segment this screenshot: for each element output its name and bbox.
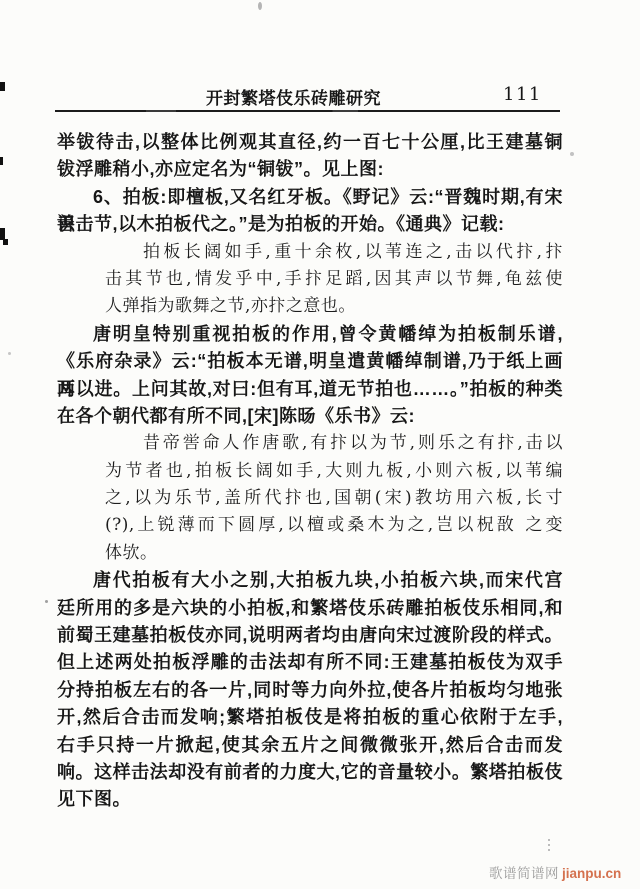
text-line: 分持拍板左右的各一片,同时等力向外拉,使各片拍板均匀地张: [57, 677, 563, 704]
text-line: 见下图。: [57, 786, 563, 813]
body-text: 举钹待击,以整体比例观其直径,约一百七十公厘,比王建墓铜钹浮雕稍小,亦应定名为“…: [57, 129, 563, 814]
text-line: 但上述两处拍板浮雕的击法却有所不同:王建墓拍板伎为双手: [57, 649, 563, 676]
quote-line: 击其节也,情发乎中,手抃足蹈,因其声以节舞,龟兹使: [105, 266, 563, 293]
quote-line: 之,以为乐节,盖所代抃也,国朝(宋)教坊用六板,长寸: [105, 485, 563, 512]
text-line: 开,然后合击而发响;繁塔拍板伎是将拍板的重心依附于左手,: [57, 704, 563, 731]
quote-line: 拍板长阔如手,重十余枚,以苇连之,击以代抃,抃: [105, 239, 563, 266]
running-head-title: 开封繁塔伎乐砖雕研究: [206, 84, 381, 109]
quote-line: 人弹指为歌舞之节,亦抃之意也。: [105, 293, 563, 320]
scan-speck: [45, 600, 48, 603]
text-line: 6、拍板:即檀板,又名红牙板。《野记》云:“晋魏时期,有宋识: [57, 184, 563, 211]
watermark-site-url: jianpu.cn: [562, 866, 621, 881]
scan-speck: [548, 849, 550, 851]
scan-speck: [548, 844, 550, 846]
text-line: 举钹待击,以整体比例观其直径,约一百七十公厘,比王建墓铜: [57, 129, 563, 156]
header-rule: [55, 110, 560, 112]
watermark-site-name: 歌谱简谱网: [489, 866, 559, 881]
scan-speck: [570, 152, 574, 156]
quote-line: 为节者也,拍板长阔如手,大则九板,小则六板,以苇编: [105, 458, 563, 485]
scan-blot: [0, 157, 3, 165]
text-line: 右手只持一片掀起,使其余五片之间微微张开,然后合击而发: [57, 732, 563, 759]
text-line: 唐明皇特别重视拍板的作用,曾令黄幡绰为拍板制乐谱,: [57, 321, 563, 348]
quote-line: 体欤。: [105, 540, 563, 567]
scan-speck: [8, 352, 11, 355]
text-line: 唐代拍板有大小之别,大拍板九块,小拍板六块,而宋代宫: [57, 567, 563, 594]
text-line: 《乐府杂录》云:“拍板本无谱,明皇遣黄幡绰制谱,乃于纸上画两: [57, 348, 563, 375]
scan-speck: [258, 2, 262, 10]
scan-blot: [0, 82, 5, 91]
text-line: 廷所用的多是六块的小拍板,和繁塔伎乐砖雕拍板伎乐相同,和: [57, 595, 563, 622]
text-line: 钹浮雕稍小,亦应定名为“铜钹”。见上图:: [57, 156, 563, 183]
quote-line: (?),上锐薄而下圆厚,以檀或桑木为之,岂以柷敔 之变: [105, 512, 563, 539]
page-number: 111: [503, 84, 542, 105]
text-line: 耳以进。上问其故,对曰:但有耳,道无节拍也……。”拍板的种类: [57, 376, 563, 403]
scan-blot: [3, 239, 8, 245]
watermark: 歌谱简谱网jianpu.cn: [489, 862, 621, 882]
scan-speck: [548, 839, 550, 841]
quote-line: 昔帝喾命人作唐歌,有抃以为节,则乐之有抃,击以: [105, 430, 563, 457]
text-line: 前蜀王建墓拍板伎亦同,说明两者均由唐向宋过渡阶段的样式。: [57, 622, 563, 649]
text-line: 在各个朝代都有所不同,[宋]陈旸《乐书》云:: [57, 403, 563, 430]
text-line: 响。这样击法却没有前者的力度大,它的音量较小。繁塔拍板伎: [57, 759, 563, 786]
book-page: 开封繁塔伎乐砖雕研究 111 举钹待击,以整体比例观其直径,约一百七十公厘,比王…: [0, 0, 640, 889]
text-line: 善击节,以木拍板代之。”是为拍板的开始。《通典》记载:: [57, 211, 563, 238]
